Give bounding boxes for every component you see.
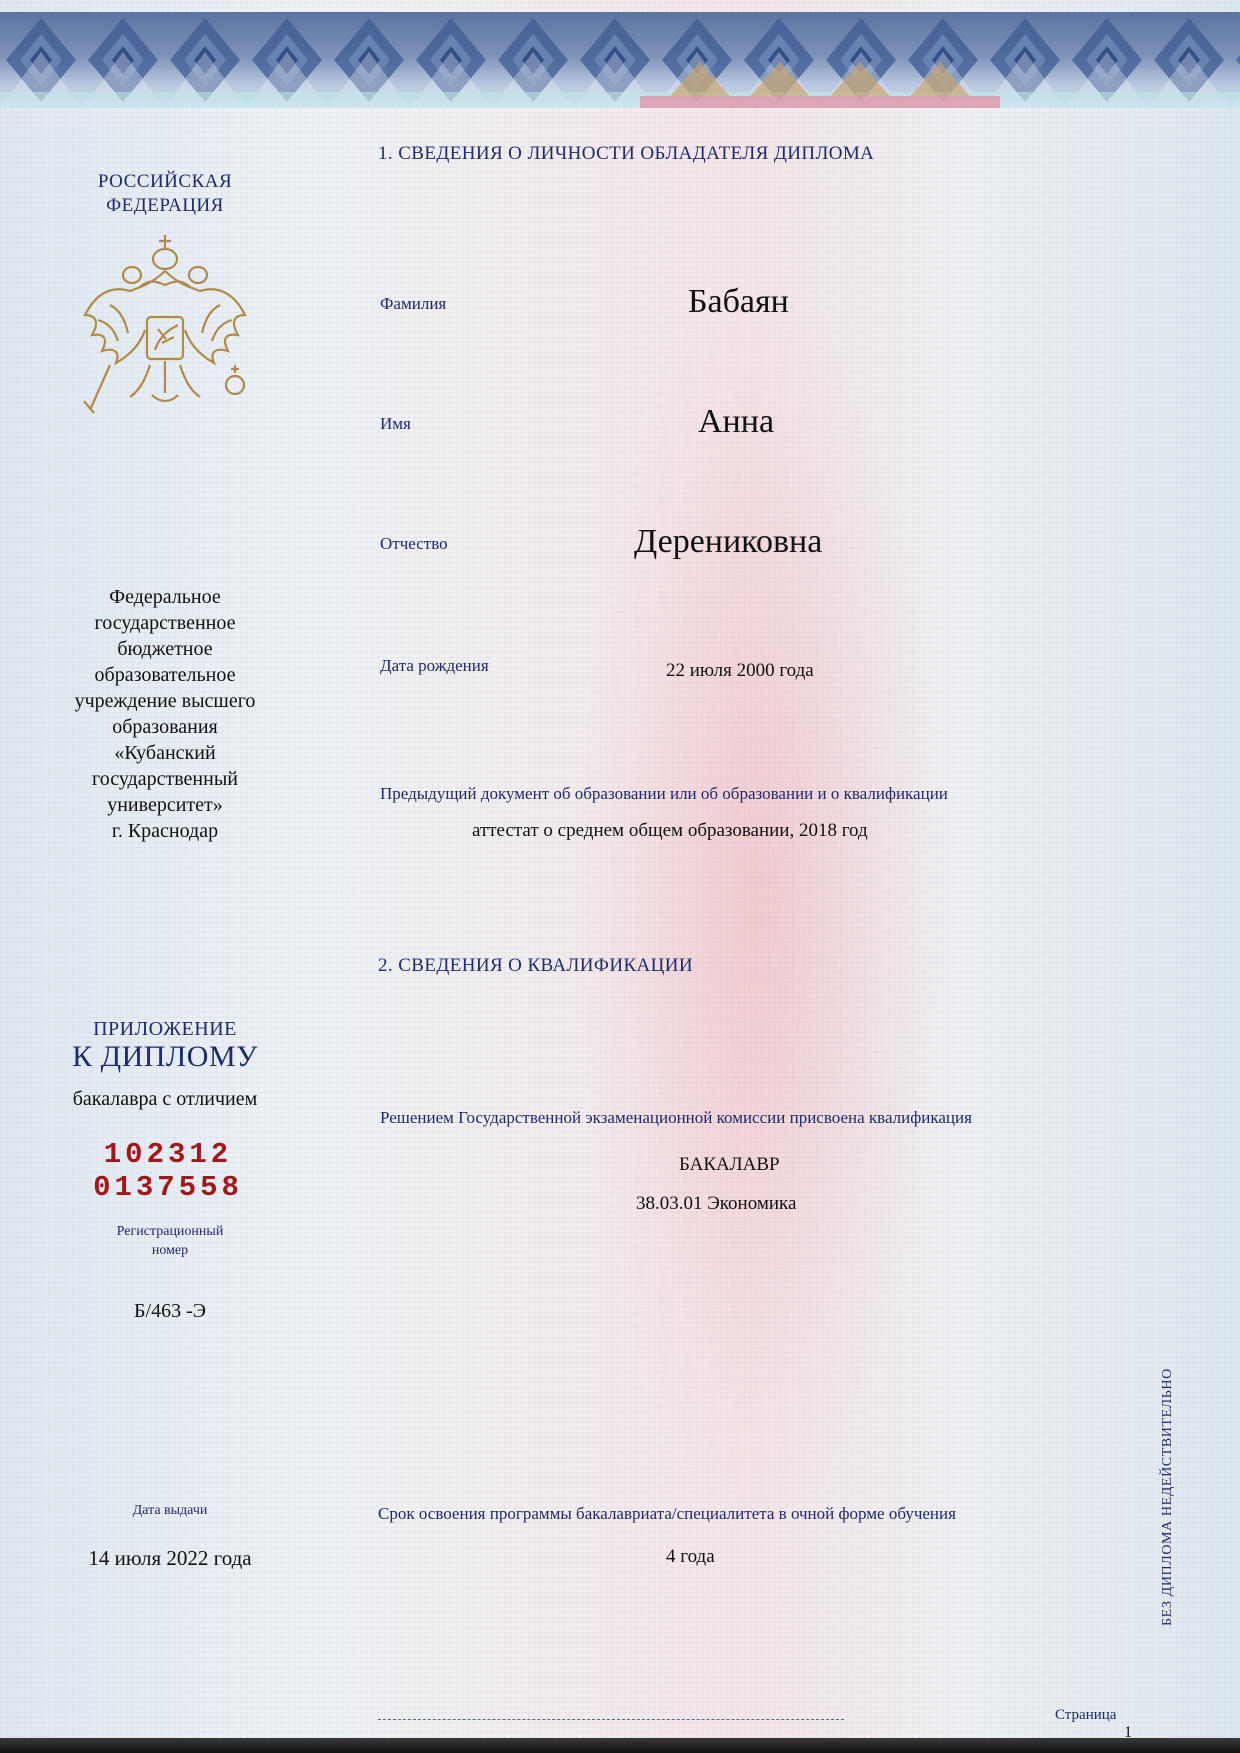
study-duration-label: Срок освоения программы бакалавриата/спе… (378, 1504, 956, 1524)
institution-line: образования (40, 714, 290, 740)
institution-line: учреждение высшего (40, 688, 290, 714)
specialty-value: 38.03.01 Экономика (636, 1193, 796, 1215)
section-1-title: 1. СВЕДЕНИЯ О ЛИЧНОСТИ ОБЛАДАТЕЛЯ ДИПЛОМ… (378, 143, 874, 165)
country-title: РОССИЙСКАЯ ФЕДЕРАЦИЯ (60, 170, 270, 218)
scan-edge-shadow (0, 1738, 1240, 1753)
registration-number: Б/463 -Э (80, 1300, 260, 1323)
footer-divider (378, 1719, 844, 1720)
institution-line: университет» (40, 792, 290, 818)
institution-line: «Кубанский (40, 740, 290, 766)
previous-document-value: аттестат о среднем общем образовании, 20… (472, 820, 868, 842)
issue-date: 14 июля 2022 года (40, 1546, 300, 1571)
validity-note: БЕЗ ДИПЛОМА НЕДЕЙСТВИТЕЛЬНО (1160, 1326, 1176, 1626)
registration-label-line-1: Регистрационный (80, 1222, 260, 1241)
issue-date-label: Дата выдачи (70, 1503, 270, 1519)
registration-number-label: Регистрационный номер (80, 1222, 260, 1260)
previous-document-label: Предыдущий документ об образовании или о… (380, 784, 948, 804)
institution-line: образовательное (40, 662, 290, 688)
appendix-title-line-1: ПРИЛОЖЕНИЕ (40, 1018, 290, 1041)
institution-name: Федеральное государственное бюджетное об… (40, 584, 290, 844)
registration-label-line-2: номер (80, 1241, 260, 1260)
degree-type: бакалавра с отличием (30, 1088, 300, 1111)
section-2-title: 2. СВЕДЕНИЯ О КВАЛИФИКАЦИИ (378, 955, 693, 977)
institution-line: бюджетное (40, 636, 290, 662)
first-name-value: Анна (698, 403, 774, 441)
qualification-value: БАКАЛАВР (679, 1154, 780, 1176)
institution-line: Федеральное (40, 584, 290, 610)
birth-date-label: Дата рождения (380, 656, 489, 676)
page-label: Страница (1055, 1707, 1116, 1724)
institution-line: государственное (40, 610, 290, 636)
institution-line: государственный (40, 766, 290, 792)
country-line-2: ФЕДЕРАЦИЯ (60, 194, 270, 218)
institution-line: г. Краснодар (40, 818, 290, 844)
russian-coat-of-arms-icon (70, 225, 260, 425)
diploma-supplement-page: РОССИЙСКАЯ ФЕДЕРАЦИЯ (0, 0, 1240, 1753)
patronymic-label: Отчество (380, 534, 448, 554)
country-line-1: РОССИЙСКАЯ (60, 170, 270, 194)
first-name-label: Имя (380, 414, 411, 434)
surname-label: Фамилия (380, 294, 446, 314)
serial-number: 102312 0137558 (28, 1138, 308, 1204)
birth-date-value: 22 июля 2000 года (666, 660, 814, 682)
study-duration-value: 4 года (666, 1546, 715, 1568)
left-column: РОССИЙСКАЯ ФЕДЕРАЦИЯ (0, 0, 340, 1753)
patronymic-value: Дерениковна (634, 523, 822, 561)
appendix-title-line-2: К ДИПЛОМУ (40, 1040, 290, 1074)
qualification-decision-label: Решением Государственной экзаменационной… (380, 1108, 972, 1128)
surname-value: Бабаян (688, 283, 789, 321)
